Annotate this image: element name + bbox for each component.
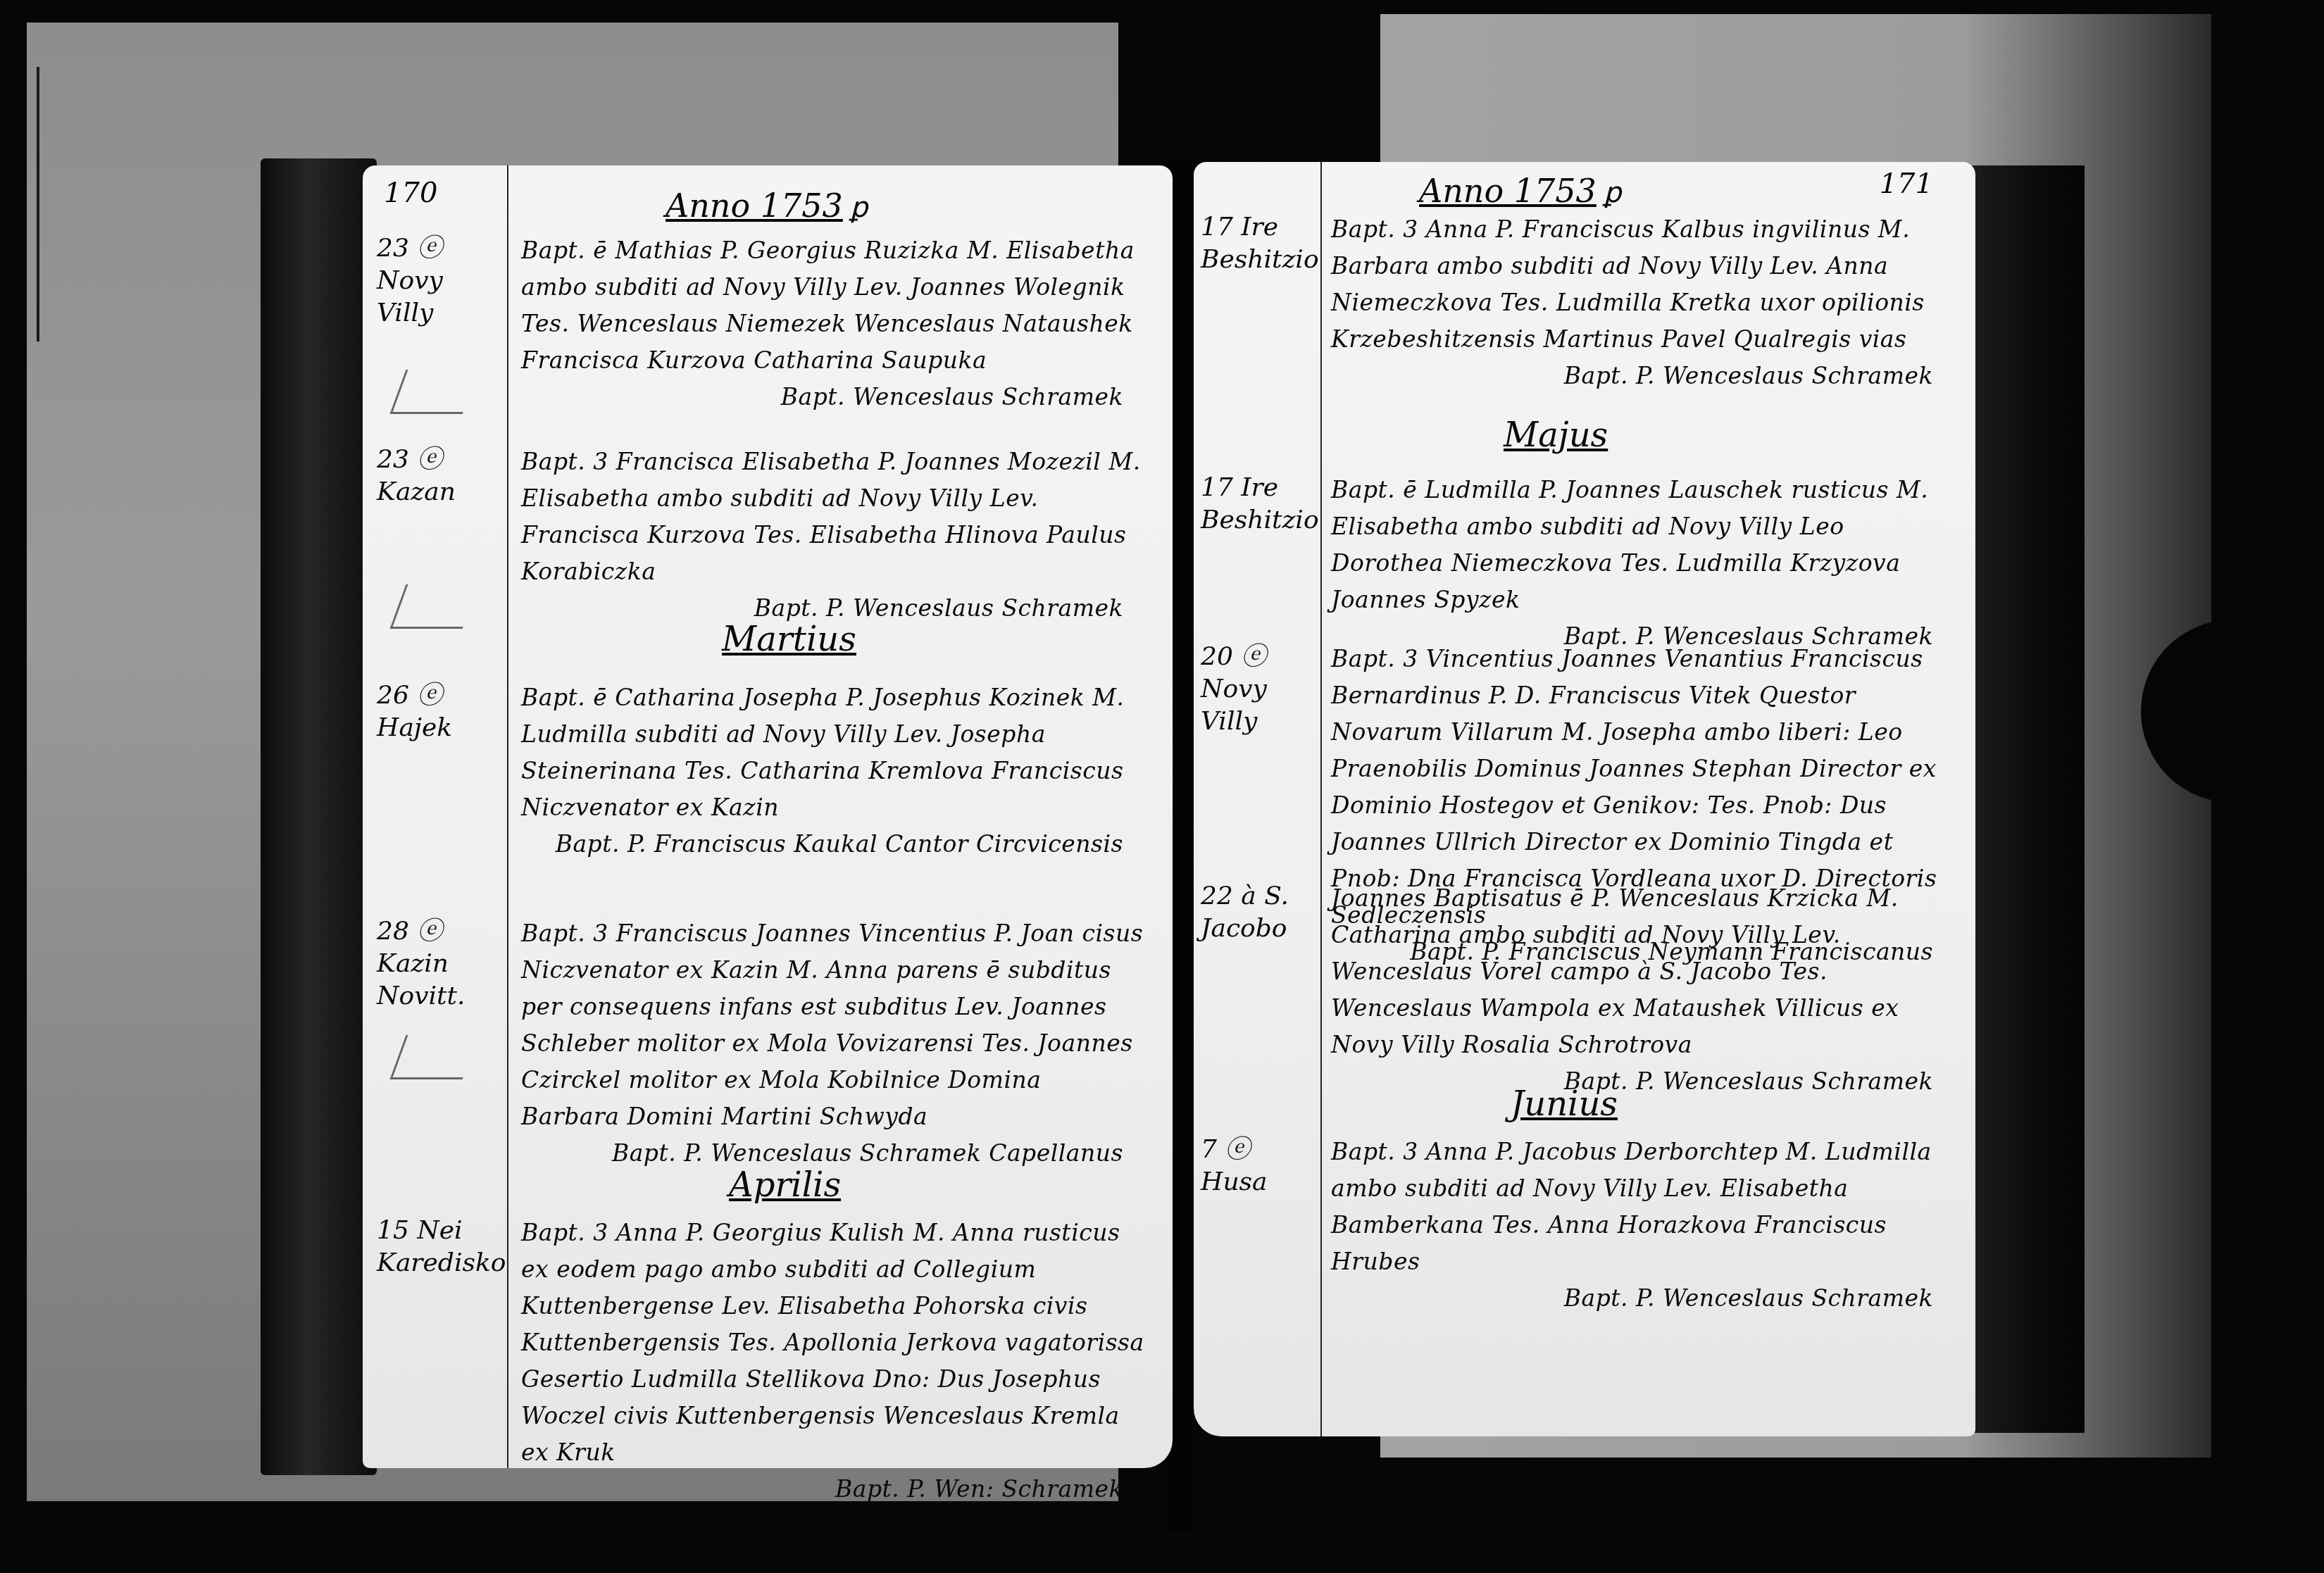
entry-text: Bapt. ē Ludmilla P. Joannes Lauschek rus… — [1331, 472, 1954, 655]
entry-text: Bapt. 3 Anna P. Jacobus Derborchtep M. L… — [1331, 1134, 1954, 1317]
entry-text: Joannes Baptisatus ē P. Wenceslaus Krzic… — [1331, 880, 1954, 1100]
month-heading: Martius — [722, 620, 856, 659]
entry-text: Bapt. 3 Francisca Elisabetha P. Joannes … — [521, 444, 1144, 627]
entry-text: Bapt. 3 Anna P. Franciscus Kalbus ingvil… — [1331, 211, 1954, 394]
entry-date-place: 17 Ire Beshitzio — [1201, 211, 1317, 276]
left-page: 170 Anno 1753ꝑ 23 ⓔ Novy Villy Bapt. ē M… — [363, 165, 1173, 1468]
entry-signature: Bapt. P. Wenceslaus Schramek — [1331, 1280, 1954, 1317]
book-cover-left — [261, 158, 377, 1475]
entry-signature: Bapt. P. Wenceslaus Schramek — [1331, 1063, 1954, 1100]
book-strap — [2141, 620, 2324, 803]
year-header-text: Anno 1753 — [1419, 172, 1597, 210]
entry-body: Bapt. ē Catharina Josepha P. Josephus Ko… — [521, 684, 1125, 821]
entry-signature: Bapt. P. Franciscus Kaukal Cantor Circvi… — [521, 826, 1144, 863]
header-mark: ꝑ — [850, 192, 868, 224]
check-mark — [390, 370, 479, 414]
month-heading: Aprilis — [729, 1165, 841, 1205]
margin-rule — [1320, 162, 1322, 1436]
scan-ruler-mark — [37, 67, 39, 341]
entry-date-place: 15 Nei Karedisko — [377, 1215, 504, 1279]
right-page: Anno 1753ꝑ 171 17 Ire Beshitzio Bapt. 3 … — [1194, 162, 1975, 1436]
entry-date-place: 28 ⓔ Kazin Novitt. — [377, 915, 504, 1013]
entry-body: Bapt. 3 Anna P. Georgius Kulish M. Anna … — [521, 1219, 1144, 1466]
year-header: Anno 1753ꝑ — [1419, 172, 1621, 210]
entry-date-place: 17 Ire Beshitzio — [1201, 472, 1317, 537]
entry-text: Bapt. 3 Franciscus Joannes Vincentius P.… — [521, 915, 1144, 1172]
month-heading: Junius — [1511, 1084, 1618, 1124]
entry-text: Bapt. 3 Anna P. Georgius Kulish M. Anna … — [521, 1215, 1144, 1508]
entry-text: Bapt. ē Mathias P. Georgius Ruzizka M. E… — [521, 232, 1144, 415]
year-header: Anno 1753ꝑ — [666, 187, 868, 225]
entry-date-place: 22 à S. Jacobo — [1201, 880, 1317, 945]
check-mark — [390, 584, 479, 629]
entry-body: Bapt. 3 Francisca Elisabetha P. Joannes … — [521, 448, 1141, 585]
header-mark: ꝑ — [1604, 177, 1621, 209]
year-header-text: Anno 1753 — [666, 187, 843, 225]
entry-body: Joannes Baptisatus ē P. Wenceslaus Krzic… — [1331, 884, 1899, 1058]
book-page-edges-right — [1972, 165, 2085, 1433]
entry-date-place: 26 ⓔ Hajek — [377, 679, 504, 744]
entry-text: Bapt. ē Catharina Josepha P. Josephus Ko… — [521, 679, 1144, 863]
entry-body: Bapt. 3 Anna P. Jacobus Derborchtep M. L… — [1331, 1138, 1932, 1275]
entry-body: Bapt. ē Mathias P. Georgius Ruzizka M. E… — [521, 237, 1135, 374]
entry-signature: Bapt. P. Wenceslaus Schramek — [1331, 358, 1954, 394]
entry-body: Bapt. 3 Anna P. Franciscus Kalbus ingvil… — [1331, 215, 1925, 353]
entry-body: Bapt. ē Ludmilla P. Joannes Lauschek rus… — [1331, 476, 1928, 613]
entry-body: Bapt. 3 Franciscus Joannes Vincentius P.… — [521, 920, 1143, 1130]
margin-rule — [507, 165, 508, 1468]
entry-date-place: 23 ⓔ Kazan — [377, 444, 504, 508]
check-mark — [390, 1035, 479, 1079]
entry-date-place: 20 ⓔ Novy Villy — [1201, 641, 1317, 738]
entry-date-place: 7 ⓔ Husa — [1201, 1134, 1317, 1198]
folio-number: 171 — [1880, 168, 1933, 200]
month-heading: Majus — [1504, 415, 1608, 455]
folio-number: 170 — [384, 177, 437, 209]
entry-signature: Bapt. Wenceslaus Schramek — [521, 379, 1144, 415]
entry-date-place: 23 ⓔ Novy Villy — [377, 232, 504, 330]
entry-signature: Bapt. P. Wen: Schramek — [521, 1471, 1144, 1508]
